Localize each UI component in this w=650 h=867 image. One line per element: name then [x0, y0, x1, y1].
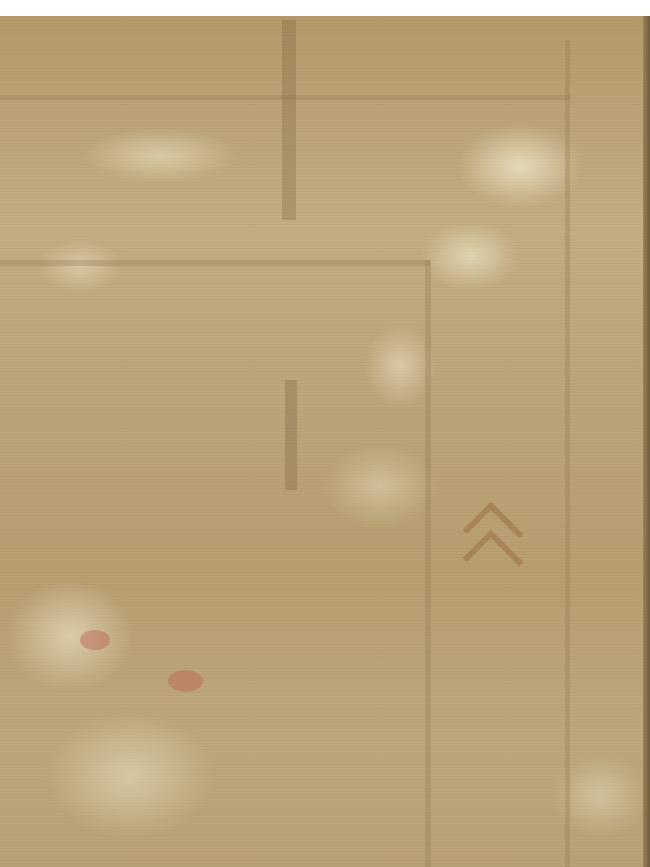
dark-abrash-stripe: [282, 20, 296, 220]
inner-border-line: [425, 260, 431, 867]
rug-edge: [643, 16, 650, 867]
rug-photograph: [0, 0, 650, 867]
outer-border-line: [0, 95, 570, 100]
outer-border-line: [565, 40, 570, 867]
faded-red-flower: [80, 630, 110, 650]
dark-abrash-stripe: [285, 380, 297, 490]
faded-red-flower: [168, 670, 203, 692]
rug-field: [0, 16, 643, 867]
inner-border-line: [0, 260, 430, 266]
